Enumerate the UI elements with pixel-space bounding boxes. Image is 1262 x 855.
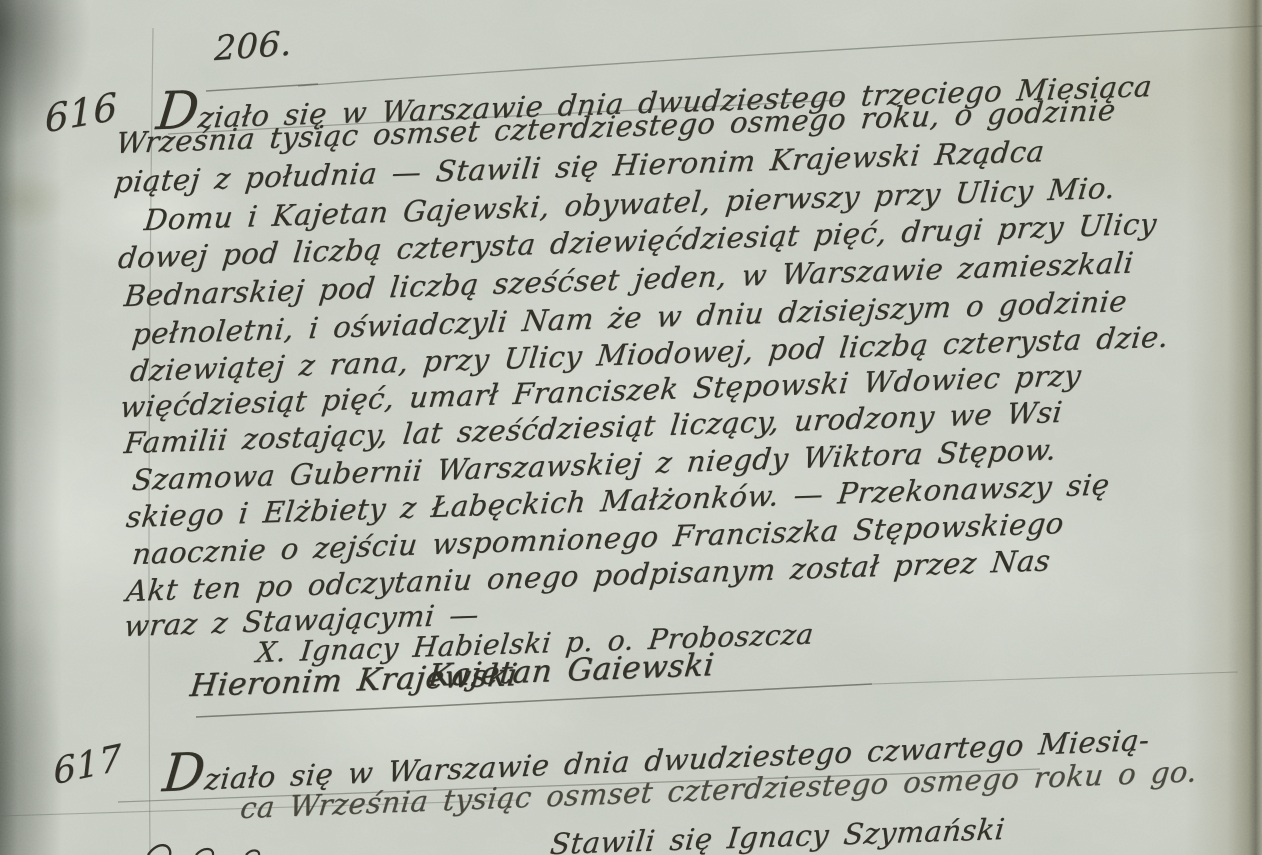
- scanned-register-page: 206. 616 Działo się w Warszawie dnia dwu…: [0, 0, 1262, 855]
- page-number: 206.: [214, 25, 293, 70]
- record-number-616: 616: [44, 85, 118, 142]
- record-617-line-3: Stawili się Ignacy Szymański: [548, 813, 1006, 855]
- record-number-617: 617: [52, 737, 124, 793]
- right-page-edge: [1185, 0, 1262, 855]
